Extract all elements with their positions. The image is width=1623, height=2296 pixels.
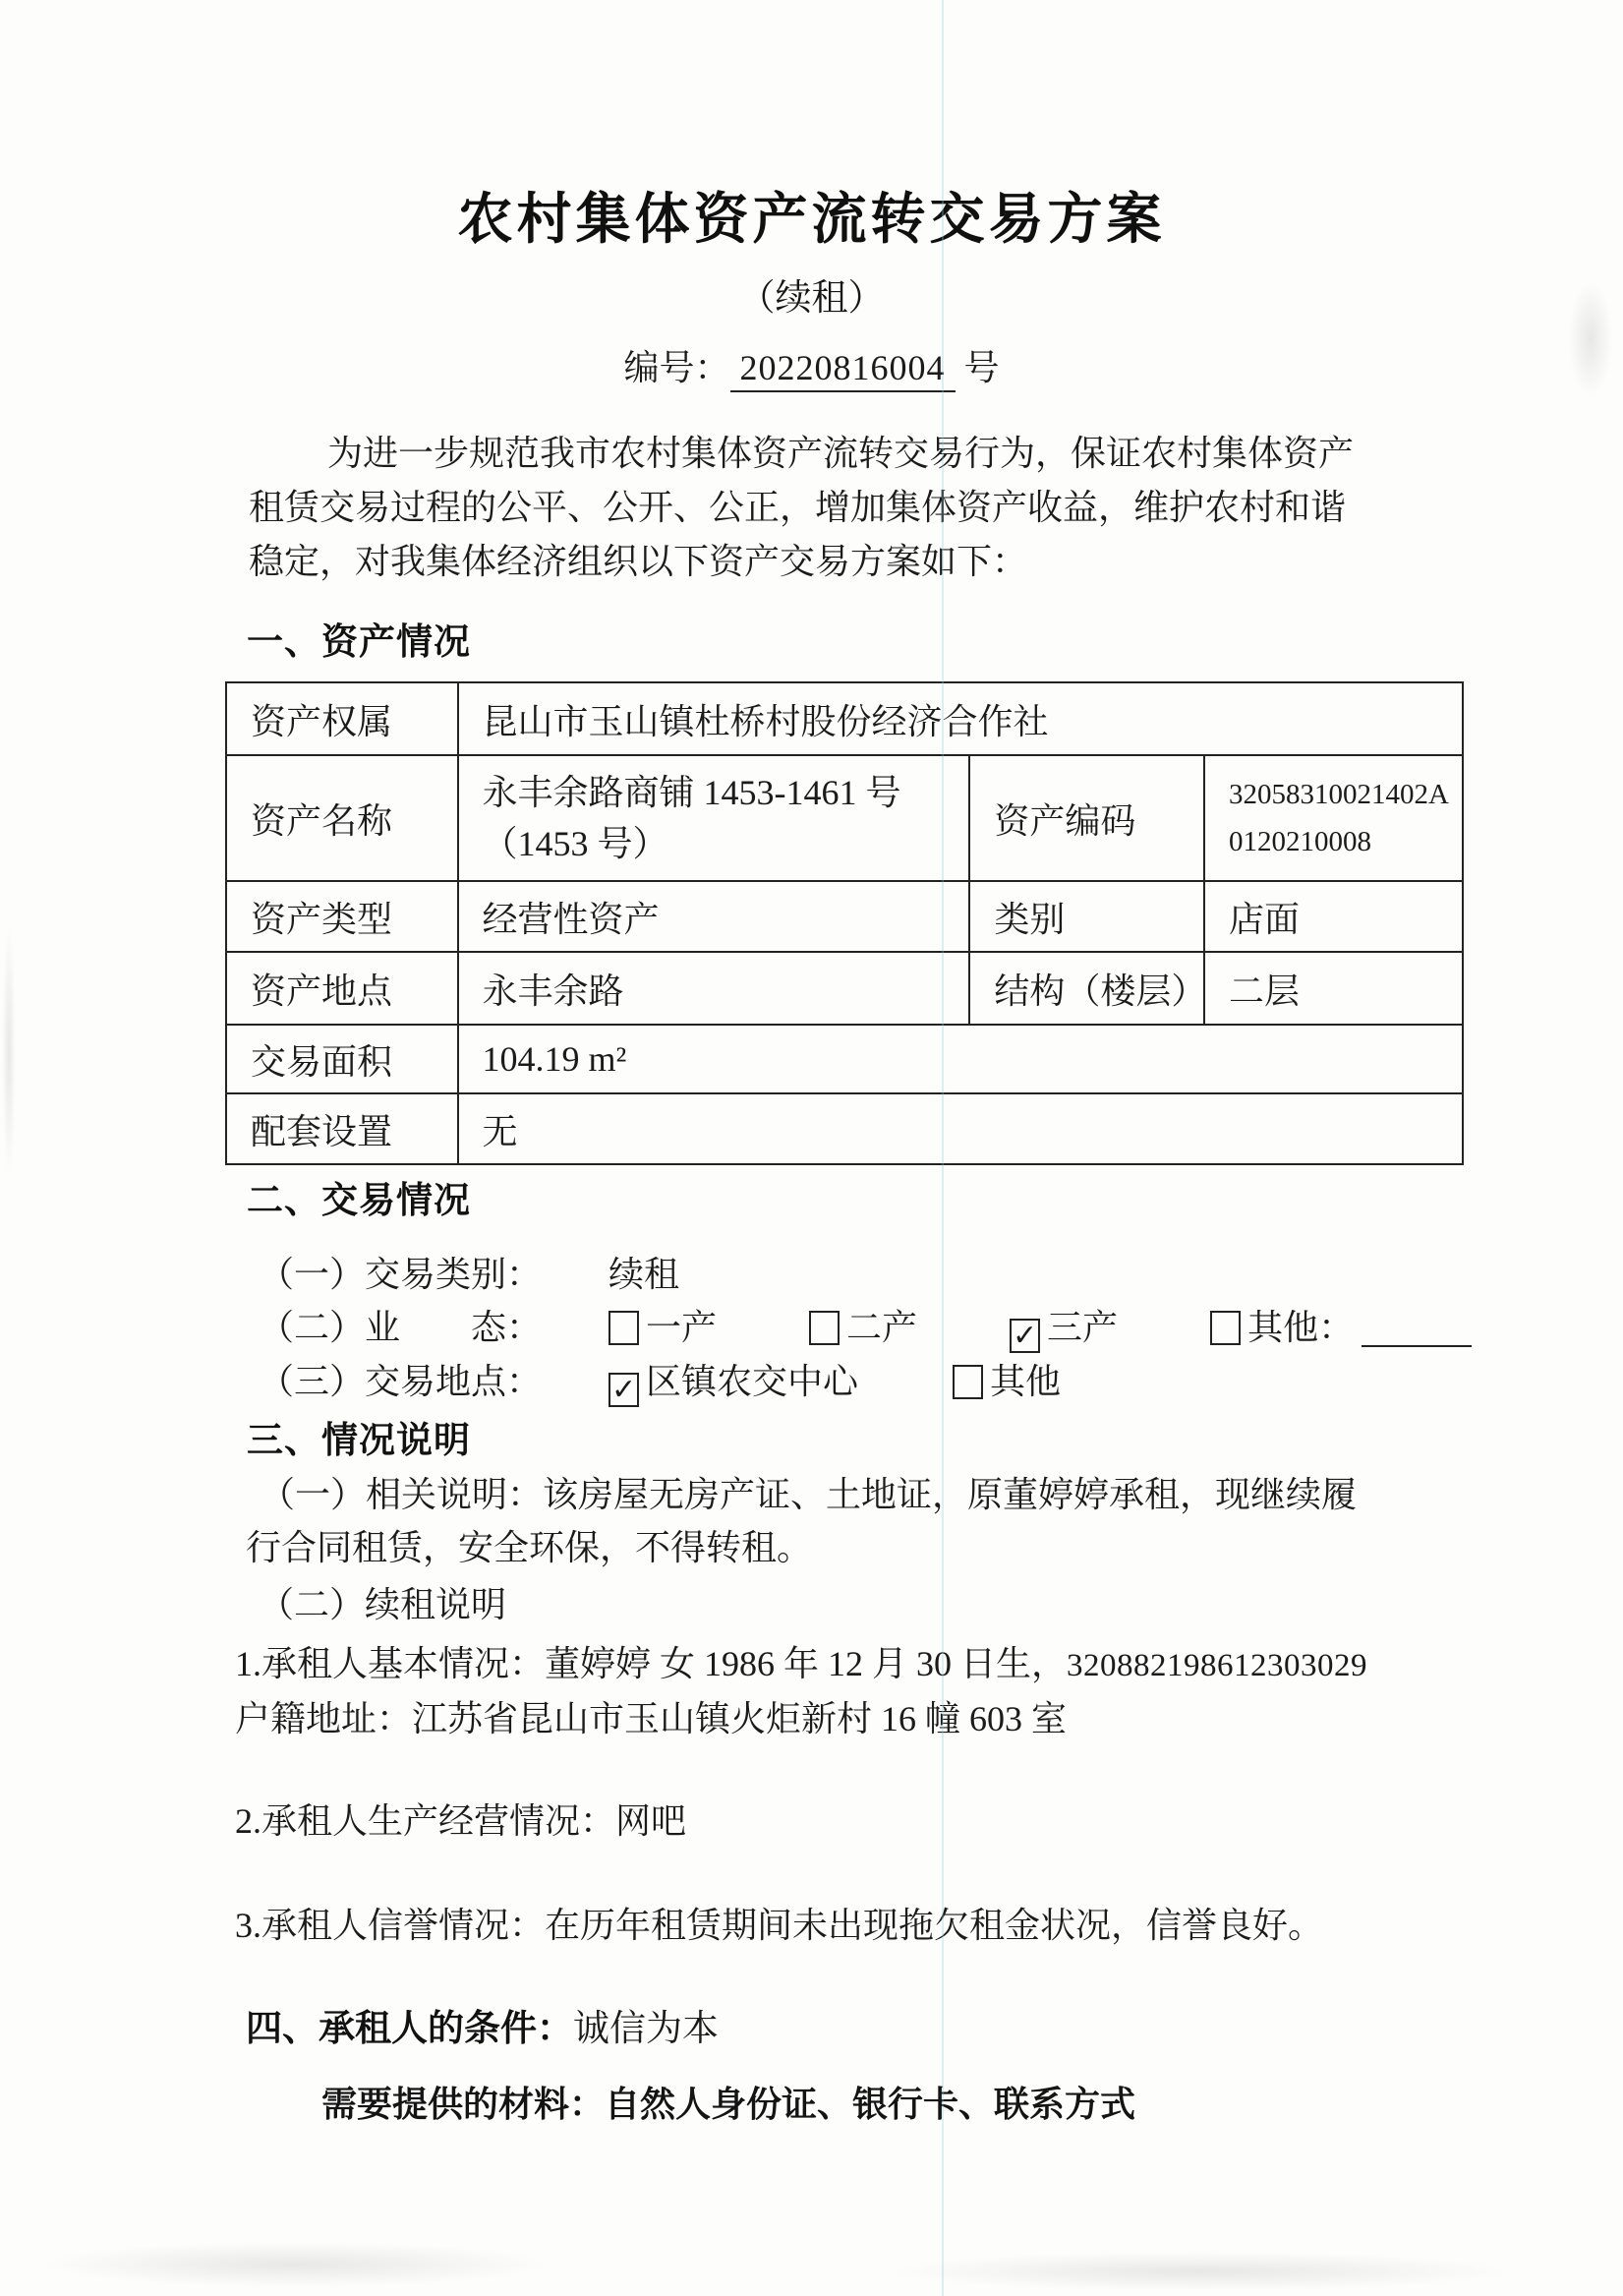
table-row-asset-location: 资产地点 永丰余路 结构（楼层） 二层 [226, 952, 1463, 1025]
lessee-address-line: 户籍地址：江苏省昆山市玉山镇火炬新村 16 幢 603 室 [235, 1692, 1623, 1745]
trade-category-value: 续租 [609, 1255, 679, 1294]
renewal-note-line: （二）续租说明 [259, 1578, 1623, 1631]
materials-line: 需要提供的材料：自然人身份证、银行卡、联系方式 [321, 2079, 1623, 2130]
trade-category-line: （一）交易类别：续租 [259, 1250, 1623, 1299]
intro-paragraph: 为进一步规范我市农村集体资产流转交易行为，保证农村集体资产 租赁交易过程的公平、… [249, 427, 1556, 589]
section-condition-line: 四、承租人的条件：诚信为本 [246, 2003, 1623, 2055]
table-row-asset-owner: 资产权属 昆山市玉山镇杜桥村股份经济合作社 [226, 682, 1463, 755]
scan-artifact-vertical-line [942, 0, 944, 2296]
checkbox-unchecked [609, 1311, 639, 1345]
option-tertiary-industry: ✓三产 [1010, 1308, 1118, 1347]
condition-value: 诚信为本 [573, 2009, 719, 2049]
trade-category-prefix: （一）交易类别： [259, 1255, 542, 1294]
asset-type-label: 资产类型 [226, 881, 458, 952]
scan-artifact-smudge [2, 924, 16, 1180]
table-row-asset-type: 资产类型 经营性资产 类别 店面 [226, 881, 1463, 952]
trade-area-label: 交易面积 [226, 1025, 458, 1093]
option-town-trade-center: ✓区镇农交中心 [609, 1362, 858, 1401]
materials-label: 需要提供的材料： [321, 2084, 605, 2124]
option-label: 其他： [1247, 1308, 1354, 1347]
lessee-business-line: 2.承租人生产经营情况：网吧 [235, 1796, 1623, 1846]
trade-location-line: （三）交易地点：✓区镇农交中心其他 [259, 1357, 1623, 1407]
asset-name-label: 资产名称 [226, 755, 458, 881]
trade-location-prefix: （三）交易地点： [259, 1362, 542, 1401]
option-secondary-industry: 二产 [809, 1308, 917, 1347]
scan-artifact-smudge [39, 2242, 551, 2287]
option-primary-industry: 一产 [609, 1308, 717, 1347]
section-asset-heading: 一、资产情况 [247, 618, 1623, 666]
table-row-trade-area: 交易面积 104.19 m² [226, 1025, 1463, 1093]
doc-number-label: 编号： [623, 348, 729, 387]
checkbox-unchecked [953, 1365, 983, 1399]
option-label: 二产 [846, 1308, 917, 1347]
checkbox-unchecked [1210, 1311, 1241, 1345]
materials-value: 自然人身份证、银行卡、联系方式 [605, 2084, 1135, 2124]
option-other-industry: 其他： [1210, 1308, 1472, 1347]
doc-title: 农村集体资产流转交易方案 [0, 0, 1623, 252]
doc-number-value: 20220816004 [730, 348, 956, 392]
doc-number: 编号：20220816004 号 [0, 344, 1623, 391]
facilities-label: 配套设置 [226, 1093, 458, 1164]
structure-value: 二层 [1204, 952, 1463, 1025]
checkbox-unchecked [809, 1311, 840, 1345]
table-row-facilities: 配套设置 无 [226, 1093, 1463, 1164]
checkbox-checked: ✓ [609, 1373, 639, 1407]
section-trade-heading: 二、交易情况 [247, 1177, 1623, 1224]
asset-location-value: 永丰余路 [458, 952, 970, 1025]
lessee-id-number: 320882198612303029 [1067, 1648, 1367, 1683]
asset-type-value: 经营性资产 [458, 881, 970, 952]
asset-name-value: 永丰余路商铺 1453-1461 号 （1453 号） [458, 755, 970, 881]
asset-location-label: 资产地点 [226, 952, 458, 1025]
option-other-location: 其他 [953, 1362, 1061, 1401]
trade-area-value: 104.19 m² [458, 1025, 1464, 1093]
scan-artifact-smudge [1568, 280, 1613, 398]
doc-number-suffix: 号 [964, 348, 1000, 387]
business-type-prefix: （二）业 态： [259, 1308, 542, 1347]
table-row-asset-name: 资产名称 永丰余路商铺 1453-1461 号 （1453 号） 资产编码 32… [226, 755, 1463, 881]
asset-code-label: 资产编码 [969, 755, 1204, 881]
section-condition-heading: 四、承租人的条件： [246, 2008, 573, 2048]
lessee-basic-line: 1.承租人基本情况：董婷婷 女 1986 年 12 月 30 日生，320882… [235, 1637, 1623, 1692]
category-value: 店面 [1204, 881, 1463, 952]
asset-owner-label: 资产权属 [226, 682, 458, 755]
facilities-value: 无 [458, 1093, 1464, 1164]
doc-subtitle: （续租） [0, 275, 1623, 321]
option-label: 三产 [1047, 1308, 1118, 1347]
blank-line [1362, 1310, 1472, 1347]
related-note-paragraph: （一）相关说明：该房屋无房产证、土地证，原董婷婷承租，现继续履 行合同租赁，安全… [246, 1468, 1556, 1574]
asset-code-value: 32058310021402A 0120210008 [1204, 755, 1463, 881]
section-note-heading: 三、情况说明 [247, 1417, 1623, 1464]
category-label: 类别 [969, 881, 1204, 952]
lessee-basic-block: 1.承租人基本情况：董婷婷 女 1986 年 12 月 30 日生，320882… [235, 1637, 1623, 1745]
asset-owner-value: 昆山市玉山镇杜桥村股份经济合作社 [458, 682, 1464, 755]
scan-artifact-smudge [885, 2252, 1514, 2291]
option-label: 其他 [990, 1362, 1061, 1401]
checkbox-checked: ✓ [1010, 1319, 1040, 1353]
lessee-credit-line: 3.承租人信誉情况：在历年租赁期间未出现拖欠租金状况，信誉良好。 [235, 1901, 1623, 1950]
business-type-line: （二）业 态：一产二产✓三产其他： [259, 1303, 1623, 1353]
document-page: 农村集体资产流转交易方案 （续租） 编号：20220816004 号 为进一步规… [0, 0, 1623, 2296]
option-label: 一产 [646, 1308, 717, 1347]
asset-table: 资产权属 昆山市玉山镇杜桥村股份经济合作社 资产名称 永丰余路商铺 1453-1… [225, 681, 1464, 1165]
option-label: 区镇农交中心 [646, 1362, 858, 1401]
structure-label: 结构（楼层） [969, 952, 1204, 1025]
